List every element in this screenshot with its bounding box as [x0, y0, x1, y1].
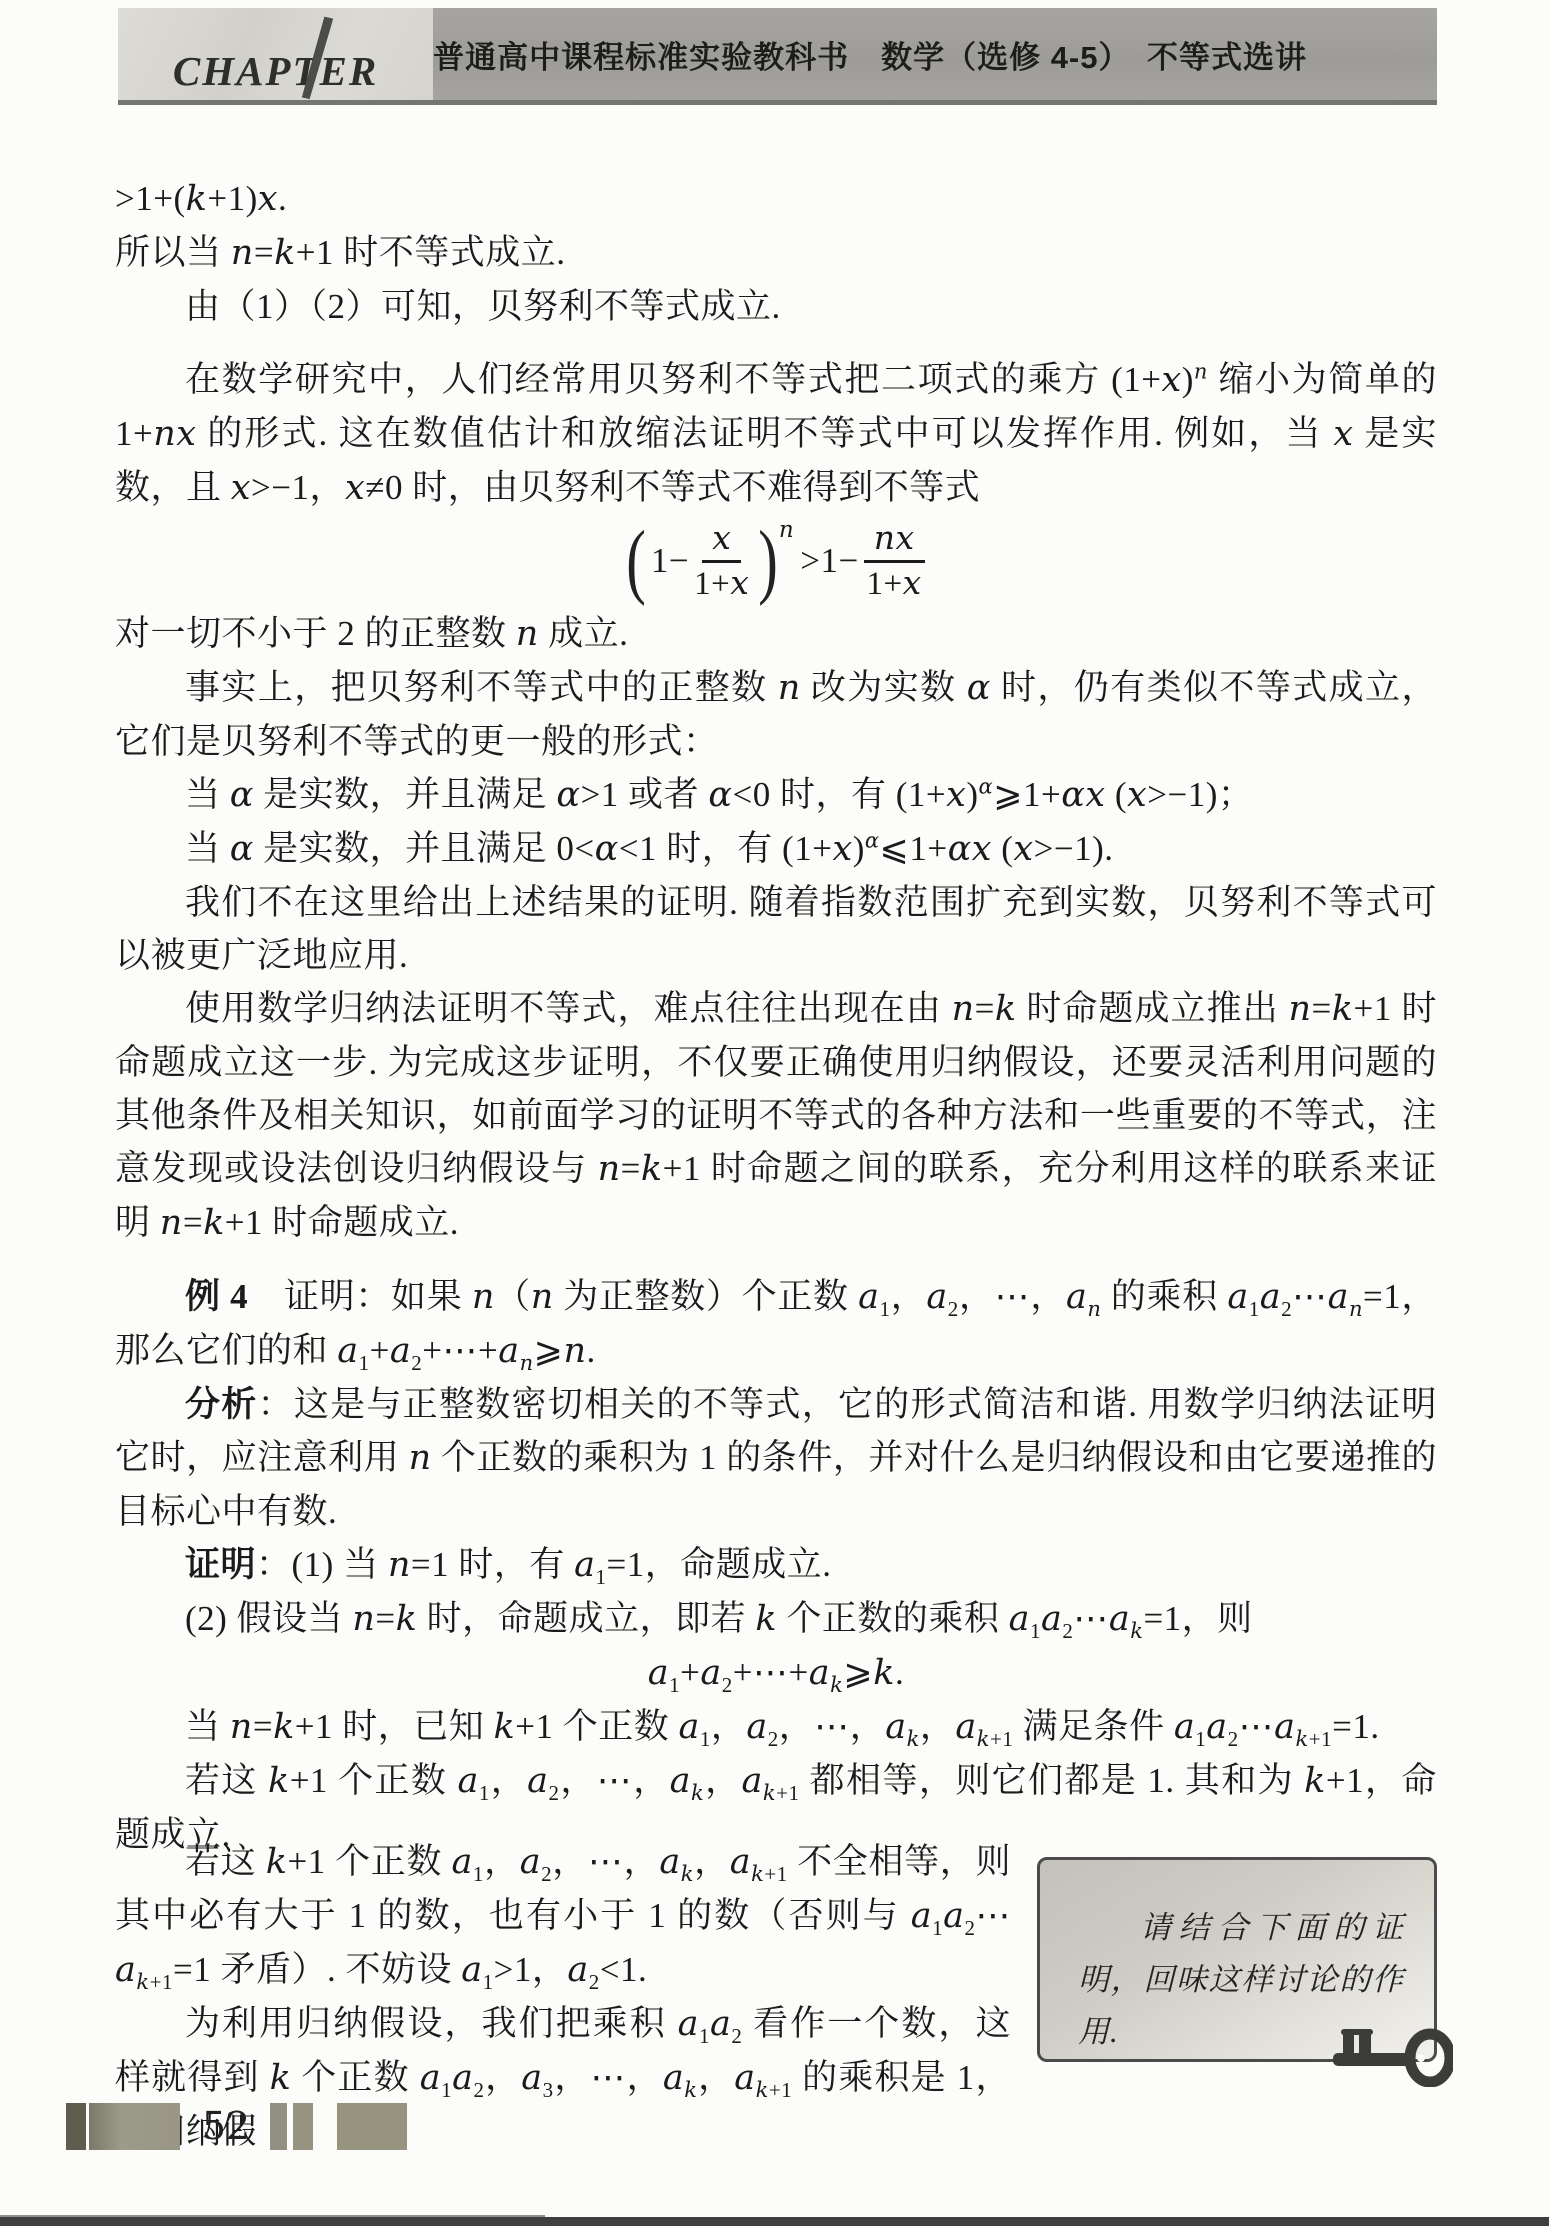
proof-step-3: 当 n=k+1 时，已知 k+1 个正数 a1，a2，⋯，ak，ak+1 满足条… — [115, 1700, 1437, 1754]
para-fact: 事实上，把贝努利不等式中的正整数 n 改为实数 α 时，仍有类似不等式成立，它们… — [115, 661, 1437, 768]
fraction-2-denominator: 1+x — [867, 563, 922, 602]
line-conclusion-1: 所以当 n=k+1 时不等式成立. — [115, 226, 1437, 280]
para-method: 使用数学归纳法证明不等式，难点往往出现在由 n=k 时命题成立推出 n=k+1 … — [115, 982, 1437, 1250]
fraction-1-denominator: 1+x — [694, 563, 749, 602]
footer-deco-block-4 — [293, 2103, 313, 2150]
line-conclusion-2: 由（1）（2）可知，贝努利不等式成立. — [115, 280, 1437, 333]
body-content: >1+(k+1)x. 所以当 n=k+1 时不等式成立. 由（1）（2）可知，贝… — [115, 172, 1437, 1861]
relation-sign: > — [800, 542, 820, 581]
page-footer: 52 — [0, 2103, 1549, 2153]
key-icon — [1325, 2015, 1453, 2087]
close-paren: ) — [759, 523, 779, 599]
fraction-2-numerator: nx — [864, 520, 925, 562]
footer-deco-block-3 — [270, 2103, 287, 2150]
formula-exponent: n — [779, 517, 794, 543]
bottom-rule — [0, 2217, 1549, 2226]
line-general-1: 当 α 是实数，并且满足 α>1 或者 α<0 时，有 (1+x)α⩾1+αx … — [115, 768, 1437, 822]
rhs-lead: 1− — [820, 542, 858, 581]
analysis-paragraph: 分析：这是与正整数密切相关的不等式，它的形式简洁和谐. 用数学归纳法证明它时，应… — [115, 1378, 1437, 1538]
line-holds: 对一切不小于 2 的正整数 n 成立. — [115, 607, 1437, 661]
lhs-lead: 1− — [651, 542, 689, 581]
line-general-2: 当 α 是实数，并且满足 0<α<1 时，有 (1+x)α⩽1+αx (x>−1… — [115, 822, 1437, 876]
textbook-page: CHAPTER 普通高中课程标准实验教科书 数学（选修 4-5） 不等式选讲 >… — [0, 0, 1549, 2229]
proof-step-2: (2) 假设当 n=k 时，命题成立，即若 k 个正数的乘积 a1a2⋯ak=1… — [115, 1592, 1437, 1646]
chapter-label-box: CHAPTER — [118, 8, 433, 100]
book-title-bar: 普通高中课程标准实验教科书 数学（选修 4-5） 不等式选讲 — [433, 8, 1437, 100]
footer-deco-block-2 — [89, 2103, 180, 2150]
para-remark: 我们不在这里给出上述结果的证明. 随着指数范围扩充到实数，贝努利不等式可以被更广… — [115, 876, 1437, 982]
fraction-1: x 1+x — [694, 520, 749, 602]
sum-formula: a1+a2+⋯+ak⩾k. — [115, 1646, 1437, 1700]
page-number: 52 — [196, 2104, 256, 2148]
open-paren: ( — [627, 523, 647, 599]
chapter-label: CHAPTER — [173, 51, 378, 96]
fraction-1-numerator: x — [702, 520, 741, 562]
footer-deco-block-1 — [66, 2103, 86, 2150]
chapter-header: CHAPTER 普通高中课程标准实验教科书 数学（选修 4-5） 不等式选讲 — [118, 8, 1437, 100]
para-application: 在数学研究中，人们经常用贝努利不等式把二项式的乘方 (1+x)n 缩小为简单的 … — [115, 353, 1437, 515]
footer-deco-block-5 — [337, 2103, 407, 2150]
book-title: 普通高中课程标准实验教科书 数学（选修 4-5） 不等式选讲 — [433, 32, 1307, 77]
bernoulli-variant-formula: ( 1− x 1+x ) n > 1− nx 1+x — [115, 515, 1437, 607]
proof-step-1: 证明：(1) 当 n=1 时，有 a1=1，命题成立. — [115, 1538, 1437, 1592]
formula-prev-line: >1+(k+1)x. — [115, 172, 1437, 226]
example-4-paragraph: 例 4 证明：如果 n（n 为正整数）个正数 a1，a2，⋯，an 的乘积 a1… — [115, 1270, 1437, 1378]
fraction-2: nx 1+x — [864, 520, 925, 602]
